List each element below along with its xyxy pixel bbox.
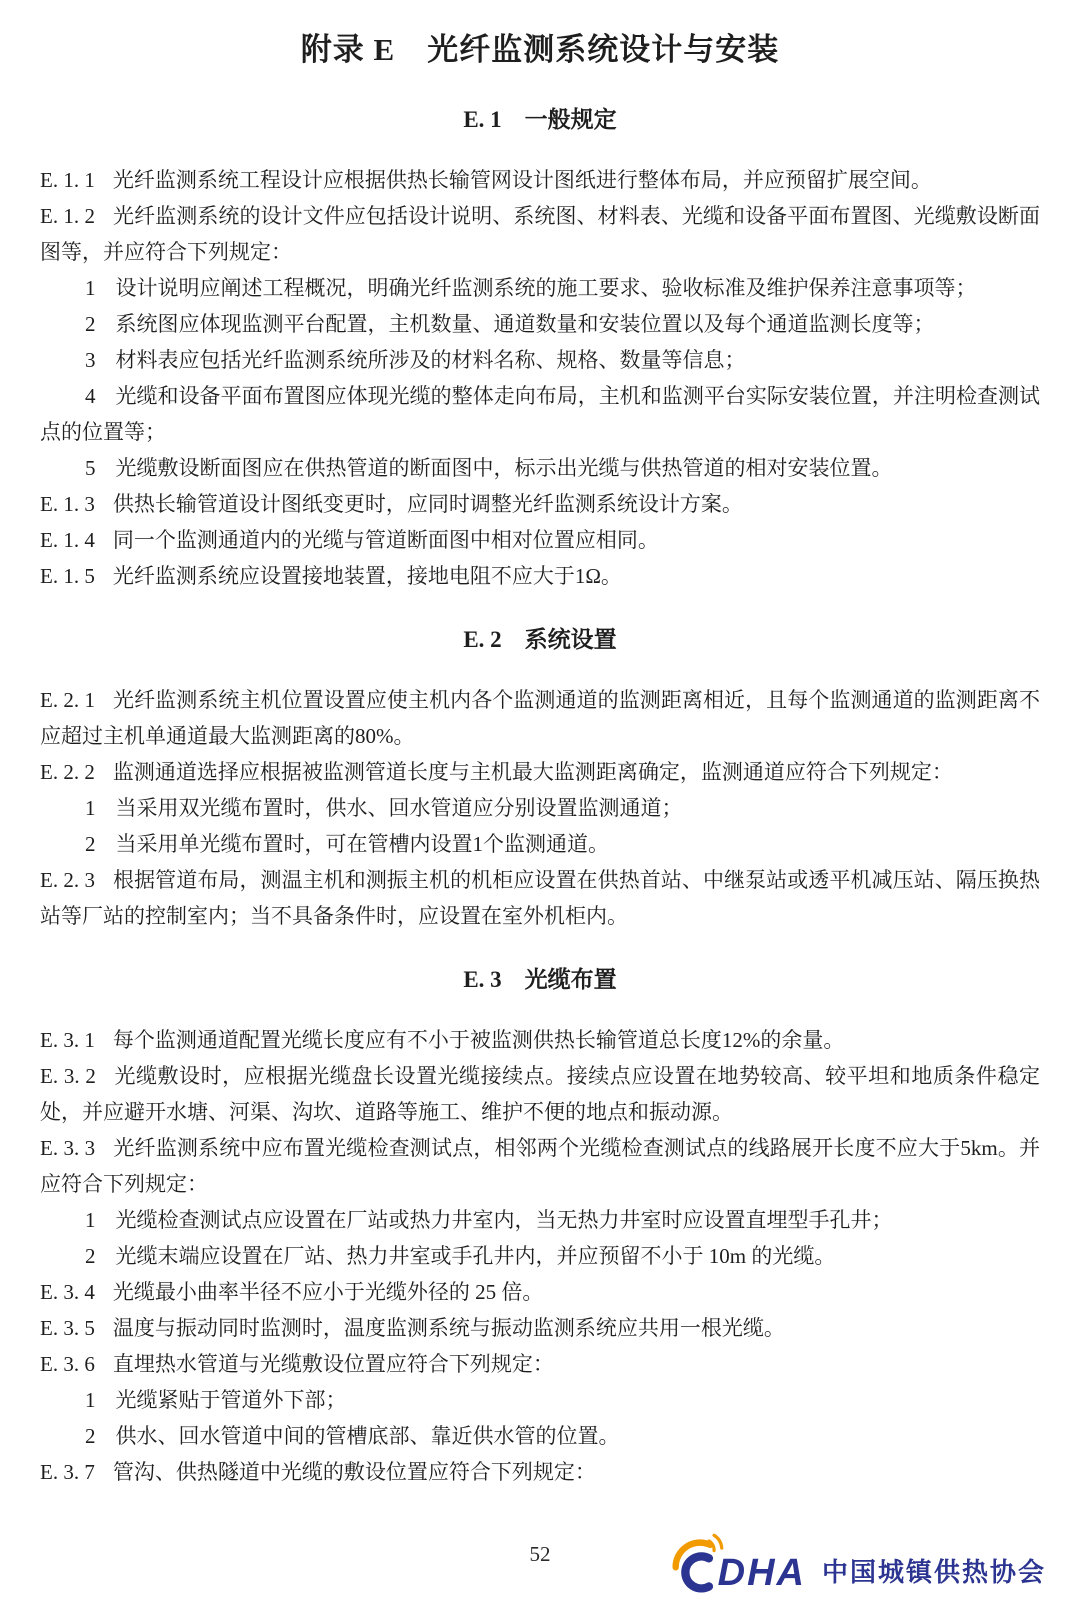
cdha-logo-name: 中国城镇供热协会	[822, 1559, 1046, 1585]
item-number: 3	[85, 348, 96, 372]
item-number: 2	[85, 1244, 96, 1268]
item-number: 1	[85, 1208, 96, 1232]
item-number: 1	[85, 796, 96, 820]
item-number: 2	[85, 832, 96, 856]
item-text: 系统图应体现监测平台配置，主机数量、通道数量和安装位置以及每个通道监测长度等；	[116, 312, 935, 336]
list-item: 3材料表应包括光纤监测系统所涉及的材料名称、规格、数量等信息；	[40, 342, 1040, 378]
item-text: 光缆末端应设置在厂站、热力井室或手孔井内，并应预留不小于 10m 的光缆。	[116, 1244, 836, 1268]
clause-text: 光纤监测系统的设计文件应包括设计说明、系统图、材料表、光缆和设备平面布置图、光缆…	[40, 204, 1040, 264]
item-text: 光缆紧贴于管道外下部；	[116, 1388, 347, 1412]
clause-text: 光纤监测系统应设置接地装置，接地电阻不应大于1Ω。	[113, 564, 622, 588]
item-number: 5	[85, 456, 96, 480]
list-item: 1光缆检查测试点应设置在厂站或热力井室内，当无热力井室时应设置直埋型手孔井；	[40, 1202, 1040, 1238]
clause-number: E. 3. 2	[40, 1064, 96, 1088]
clause-number: E. 3. 5	[40, 1316, 95, 1340]
clause-text: 光纤监测系统中应布置光缆检查测试点，相邻两个光缆检查测试点的线路展开长度不应大于…	[40, 1136, 1040, 1196]
list-item: 2当采用单光缆布置时，可在管槽内设置1个监测通道。	[40, 826, 1040, 862]
clause-text: 直埋热水管道与光缆敷设位置应符合下列规定：	[113, 1352, 554, 1376]
clause-e3-1: E. 3. 1每个监测通道配置光缆长度应有不小于被监测供热长输管道总长度12%的…	[40, 1022, 1040, 1058]
document-page: 附录 E 光纤监测系统设计与安装 E. 1 一般规定 E. 1. 1光纤监测系统…	[0, 0, 1080, 1615]
clause-text: 光纤监测系统主机位置设置应使主机内各个监测通道的监测距离相近，且每个监测通道的监…	[40, 688, 1040, 748]
item-number: 1	[85, 1388, 96, 1412]
clause-e2-2: E. 2. 2监测通道选择应根据被监测管道长度与主机最大监测距离确定，监测通道应…	[40, 754, 1040, 790]
clause-number: E. 1. 5	[40, 564, 95, 588]
clause-number: E. 1. 3	[40, 492, 95, 516]
clause-number: E. 1. 2	[40, 204, 95, 228]
clause-number: E. 2. 3	[40, 868, 95, 892]
clause-number: E. 3. 4	[40, 1280, 95, 1304]
cdha-logo: DHA 中国城镇供热协会	[668, 1529, 1046, 1603]
list-item: 2光缆末端应设置在厂站、热力井室或手孔井内，并应预留不小于 10m 的光缆。	[40, 1238, 1040, 1274]
list-item: 4光缆和设备平面布置图应体现光缆的整体走向布局，主机和监测平台实际安装位置，并注…	[40, 378, 1040, 450]
item-text: 当采用单光缆布置时，可在管槽内设置1个监测通道。	[116, 832, 610, 856]
clause-number: E. 2. 2	[40, 760, 95, 784]
clause-text: 同一个监测通道内的光缆与管道断面图中相对位置应相同。	[113, 528, 659, 552]
clause-e3-5: E. 3. 5温度与振动同时监测时，温度监测系统与振动监测系统应共用一根光缆。	[40, 1310, 1040, 1346]
clause-text: 监测通道选择应根据被监测管道长度与主机最大监测距离确定，监测通道应符合下列规定：	[113, 760, 953, 784]
clause-text: 温度与振动同时监测时，温度监测系统与振动监测系统应共用一根光缆。	[113, 1316, 785, 1340]
clause-e2-3: E. 2. 3根据管道布局，测温主机和测振主机的机柜应设置在供热首站、中继泵站或…	[40, 862, 1040, 934]
clause-e3-4: E. 3. 4光缆最小曲率半径不应小于光缆外径的 25 倍。	[40, 1274, 1040, 1310]
page-title: 附录 E 光纤监测系统设计与安装	[40, 24, 1040, 72]
item-number: 4	[85, 384, 96, 408]
item-text: 光缆敷设断面图应在供热管道的断面图中，标示出光缆与供热管道的相对安装位置。	[116, 456, 893, 480]
list-item: 5光缆敷设断面图应在供热管道的断面图中，标示出光缆与供热管道的相对安装位置。	[40, 450, 1040, 486]
item-text: 光缆和设备平面布置图应体现光缆的整体走向布局，主机和监测平台实际安装位置，并注明…	[40, 384, 1040, 444]
list-item: 1当采用双光缆布置时，供水、回水管道应分别设置监测通道；	[40, 790, 1040, 826]
clause-e1-2: E. 1. 2光纤监测系统的设计文件应包括设计说明、系统图、材料表、光缆和设备平…	[40, 198, 1040, 270]
list-item: 2供水、回水管道中间的管槽底部、靠近供水管的位置。	[40, 1418, 1040, 1454]
clause-text: 管沟、供热隧道中光缆的敷设位置应符合下列规定：	[113, 1460, 596, 1484]
item-text: 材料表应包括光纤监测系统所涉及的材料名称、规格、数量等信息；	[116, 348, 746, 372]
section-heading-e2: E. 2 系统设置	[40, 625, 1040, 655]
clause-text: 光缆最小曲率半径不应小于光缆外径的 25 倍。	[113, 1280, 544, 1304]
list-item: 1光缆紧贴于管道外下部；	[40, 1382, 1040, 1418]
clause-text: 每个监测通道配置光缆长度应有不小于被监测供热长输管道总长度12%的余量。	[113, 1028, 845, 1052]
clause-e1-3: E. 1. 3供热长输管道设计图纸变更时，应同时调整光纤监测系统设计方案。	[40, 486, 1040, 522]
item-text: 光缆检查测试点应设置在厂站或热力井室内，当无热力井室时应设置直埋型手孔井；	[116, 1208, 893, 1232]
item-number: 2	[85, 312, 96, 336]
clause-text: 供热长输管道设计图纸变更时，应同时调整光纤监测系统设计方案。	[113, 492, 743, 516]
list-item: 2系统图应体现监测平台配置，主机数量、通道数量和安装位置以及每个通道监测长度等；	[40, 306, 1040, 342]
clause-number: E. 1. 1	[40, 168, 95, 192]
cdha-logo-abbr: DHA	[718, 1554, 806, 1592]
item-number: 1	[85, 276, 96, 300]
section-heading-e3: E. 3 光缆布置	[40, 965, 1040, 995]
clause-e3-6: E. 3. 6直埋热水管道与光缆敷设位置应符合下列规定：	[40, 1346, 1040, 1382]
item-text: 供水、回水管道中间的管槽底部、靠近供水管的位置。	[116, 1424, 620, 1448]
clause-e2-1: E. 2. 1光纤监测系统主机位置设置应使主机内各个监测通道的监测距离相近，且每…	[40, 682, 1040, 754]
clause-number: E. 3. 1	[40, 1028, 95, 1052]
clause-number: E. 3. 6	[40, 1352, 95, 1376]
item-number: 2	[85, 1424, 96, 1448]
clause-number: E. 2. 1	[40, 688, 95, 712]
item-text: 设计说明应阐述工程概况，明确光纤监测系统的施工要求、验收标准及维护保养注意事项等…	[116, 276, 977, 300]
clause-text: 光纤监测系统工程设计应根据供热长输管网设计图纸进行整体布局，并应预留扩展空间。	[113, 168, 932, 192]
document-content: 附录 E 光纤监测系统设计与安装 E. 1 一般规定 E. 1. 1光纤监测系统…	[0, 0, 1080, 1490]
clause-e3-2: E. 3. 2光缆敷设时，应根据光缆盘长设置光缆接续点。接续点应设置在地势较高、…	[40, 1058, 1040, 1130]
clause-e3-3: E. 3. 3光纤监测系统中应布置光缆检查测试点，相邻两个光缆检查测试点的线路展…	[40, 1130, 1040, 1202]
item-text: 当采用双光缆布置时，供水、回水管道应分别设置监测通道；	[116, 796, 683, 820]
list-item: 1设计说明应阐述工程概况，明确光纤监测系统的施工要求、验收标准及维护保养注意事项…	[40, 270, 1040, 306]
clause-e1-4: E. 1. 4同一个监测通道内的光缆与管道断面图中相对位置应相同。	[40, 522, 1040, 558]
clause-number: E. 1. 4	[40, 528, 95, 552]
clause-e1-5: E. 1. 5光纤监测系统应设置接地装置，接地电阻不应大于1Ω。	[40, 558, 1040, 594]
clause-number: E. 3. 3	[40, 1136, 95, 1160]
clause-text: 光缆敷设时，应根据光缆盘长设置光缆接续点。接续点应设置在地势较高、较平坦和地质条…	[40, 1064, 1040, 1124]
section-heading-e1: E. 1 一般规定	[40, 105, 1040, 135]
clause-number: E. 3. 7	[40, 1460, 95, 1484]
clause-e3-7: E. 3. 7管沟、供热隧道中光缆的敷设位置应符合下列规定：	[40, 1454, 1040, 1490]
clause-e1-1: E. 1. 1光纤监测系统工程设计应根据供热长输管网设计图纸进行整体布局，并应预…	[40, 162, 1040, 198]
clause-text: 根据管道布局，测温主机和测振主机的机柜应设置在供热首站、中继泵站或透平机减压站、…	[40, 868, 1040, 928]
